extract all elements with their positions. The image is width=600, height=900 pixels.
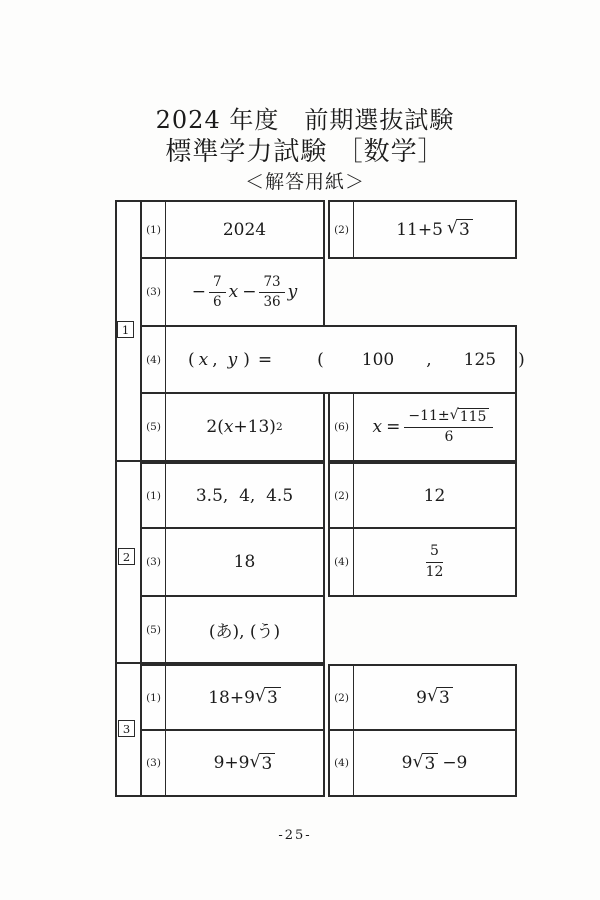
answer-value: 9 √3 −9 <box>354 731 515 795</box>
sqrt-expression: √3 <box>427 687 453 708</box>
paren: ) <box>243 350 250 370</box>
sqrt-expression: √3 <box>447 219 473 240</box>
answer-text: 11+5 <box>396 220 443 240</box>
question-number: (2) <box>330 666 354 729</box>
answer-value: 9 √3 <box>354 666 515 729</box>
numerator: −11±√115 <box>404 408 493 428</box>
cell-s1-q4: (4) ( x , y ) = ( 100 , 125 ) <box>140 325 517 394</box>
cell-s3-q1: (1) 18+9 √3 <box>140 664 325 731</box>
cell-s1-q6: (6) x = −11±√115 6 <box>328 392 517 462</box>
answer-text: −9 <box>442 753 467 773</box>
radicand: 3 <box>260 753 276 774</box>
section-3-number: 3 <box>123 722 130 736</box>
paren: ( <box>188 350 195 370</box>
answer-value: 9+9 √3 <box>166 731 323 795</box>
exam-year-title: 2024 年度 前期選抜試験 <box>10 100 600 135</box>
cell-s1-q5: (5) 2(x+13)2 <box>140 392 325 462</box>
denominator: 36 <box>263 293 280 311</box>
question-number: (2) <box>330 464 354 527</box>
section-2-number: 2 <box>123 550 130 564</box>
question-number: (5) <box>142 597 166 662</box>
variable-x: x <box>229 282 239 302</box>
minus-sign: − <box>192 282 206 302</box>
cell-s3-q3: (3) 9+9 √3 <box>140 729 325 797</box>
numerator: 7 <box>209 274 226 293</box>
section-rail <box>115 200 142 797</box>
radicand: 3 <box>457 219 473 240</box>
fraction: 7336 <box>259 274 284 311</box>
rail-divider <box>117 662 140 664</box>
sqrt-expression: √115 <box>450 408 490 425</box>
radicand: 3 <box>265 687 281 708</box>
answer-text: 18 <box>234 552 256 572</box>
question-number: (5) <box>142 394 166 460</box>
answer-value: 18 <box>166 529 323 595</box>
answer-value: 2024 <box>166 202 323 257</box>
cell-s1-q3: (3) − 76 x − 7336 y <box>140 257 325 327</box>
question-number: (1) <box>142 202 166 257</box>
answer-text: 2( <box>206 417 223 437</box>
cell-s3-q2: (2) 9 √3 <box>328 664 517 731</box>
variable-y: y <box>288 282 298 302</box>
answer-value: (あ), (う) <box>166 597 323 662</box>
question-number: (3) <box>142 529 166 595</box>
cell-s2-q1: (1) 3.5, 4, 4.5 <box>140 462 325 529</box>
answer-text: +13) <box>233 417 276 437</box>
cell-s2-q5: (5) (あ), (う) <box>140 595 325 664</box>
answer-value: 18+9 √3 <box>166 666 323 729</box>
denominator: 6 <box>444 428 453 447</box>
fraction: 76 <box>209 274 226 311</box>
question-number: (2) <box>330 202 354 257</box>
paren: ( <box>317 350 324 370</box>
question-number: (1) <box>142 666 166 729</box>
cell-s2-q4: (4) 512 <box>328 527 517 597</box>
question-number: (6) <box>330 394 354 460</box>
equals-sign: = <box>386 417 400 437</box>
question-number: (3) <box>142 731 166 795</box>
variable-x: x <box>373 417 383 437</box>
minus-sign: − <box>242 282 256 302</box>
fraction: −11±√115 6 <box>404 408 493 446</box>
answer-value: 3.5, 4, 4.5 <box>166 464 323 527</box>
variable-x: x <box>199 350 209 370</box>
comma: , <box>212 350 217 370</box>
answer-text: 12 <box>424 486 446 506</box>
exam-name-title: 標準学力試験 ［数学］ <box>10 131 600 168</box>
section-1-number: 1 <box>122 323 129 337</box>
answer-value: ( x , y ) = ( 100 , 125 ) <box>166 327 525 392</box>
numerator: 73 <box>259 274 284 293</box>
fraction: 512 <box>426 543 444 581</box>
answer-text: 18+9 <box>208 688 255 708</box>
equals-sign: = <box>258 350 272 370</box>
sqrt-expression: √3 <box>250 753 276 774</box>
rail-divider <box>117 460 140 462</box>
answer-value: 11+5 √3 <box>354 202 515 257</box>
radicand: 3 <box>437 687 453 708</box>
answer-text: 3.5, 4, 4.5 <box>196 486 293 506</box>
answer-text: 9 <box>402 753 413 773</box>
paren: ) <box>518 350 525 370</box>
question-number: (1) <box>142 464 166 527</box>
answer-sheet-label: ＜解答用紙＞ <box>10 167 600 194</box>
section-2-badge: 2 <box>118 548 135 565</box>
cell-s3-q4: (4) 9 √3 −9 <box>328 729 517 797</box>
answer-text: (あ), (う) <box>209 617 280 642</box>
answer-value: 12 <box>354 464 515 527</box>
variable-x: x <box>224 417 234 437</box>
question-number: (3) <box>142 259 166 325</box>
scanned-answer-sheet-page: { "page": { "title_line1": "2024 年度 前期選抜… <box>0 0 600 900</box>
answer-value: x = −11±√115 6 <box>354 394 515 460</box>
denominator: 6 <box>213 293 222 311</box>
cell-s1-q2: (2) 11+5 √3 <box>328 200 517 259</box>
section-1-badge: 1 <box>117 321 134 338</box>
question-number: (4) <box>330 529 354 595</box>
radicand: 3 <box>422 753 438 774</box>
denominator: 12 <box>426 563 444 582</box>
cell-s2-q3: (3) 18 <box>140 527 325 597</box>
radicand: 115 <box>458 408 490 425</box>
page-number: -25- <box>0 828 590 843</box>
answer-y-value: 125 <box>464 350 496 370</box>
sqrt-expression: √3 <box>255 687 281 708</box>
variable-y: y <box>228 350 238 370</box>
answer-text: −11± <box>408 408 449 426</box>
comma: , <box>426 350 431 370</box>
cell-s1-q1: (1) 2024 <box>140 200 325 259</box>
question-number: (4) <box>330 731 354 795</box>
answer-value: 2(x+13)2 <box>166 394 323 460</box>
question-number: (4) <box>142 327 166 392</box>
answer-text: 2024 <box>223 220 266 240</box>
answer-x-value: 100 <box>362 350 394 370</box>
sqrt-expression: √3 <box>412 753 438 774</box>
answer-value: − 76 x − 7336 y <box>166 259 323 325</box>
answer-text: 9+9 <box>214 753 250 773</box>
answer-text: 9 <box>416 688 427 708</box>
answer-value: 512 <box>354 529 515 595</box>
numerator: 5 <box>426 543 443 563</box>
section-3-badge: 3 <box>118 720 135 737</box>
cell-s2-q2: (2) 12 <box>328 462 517 529</box>
